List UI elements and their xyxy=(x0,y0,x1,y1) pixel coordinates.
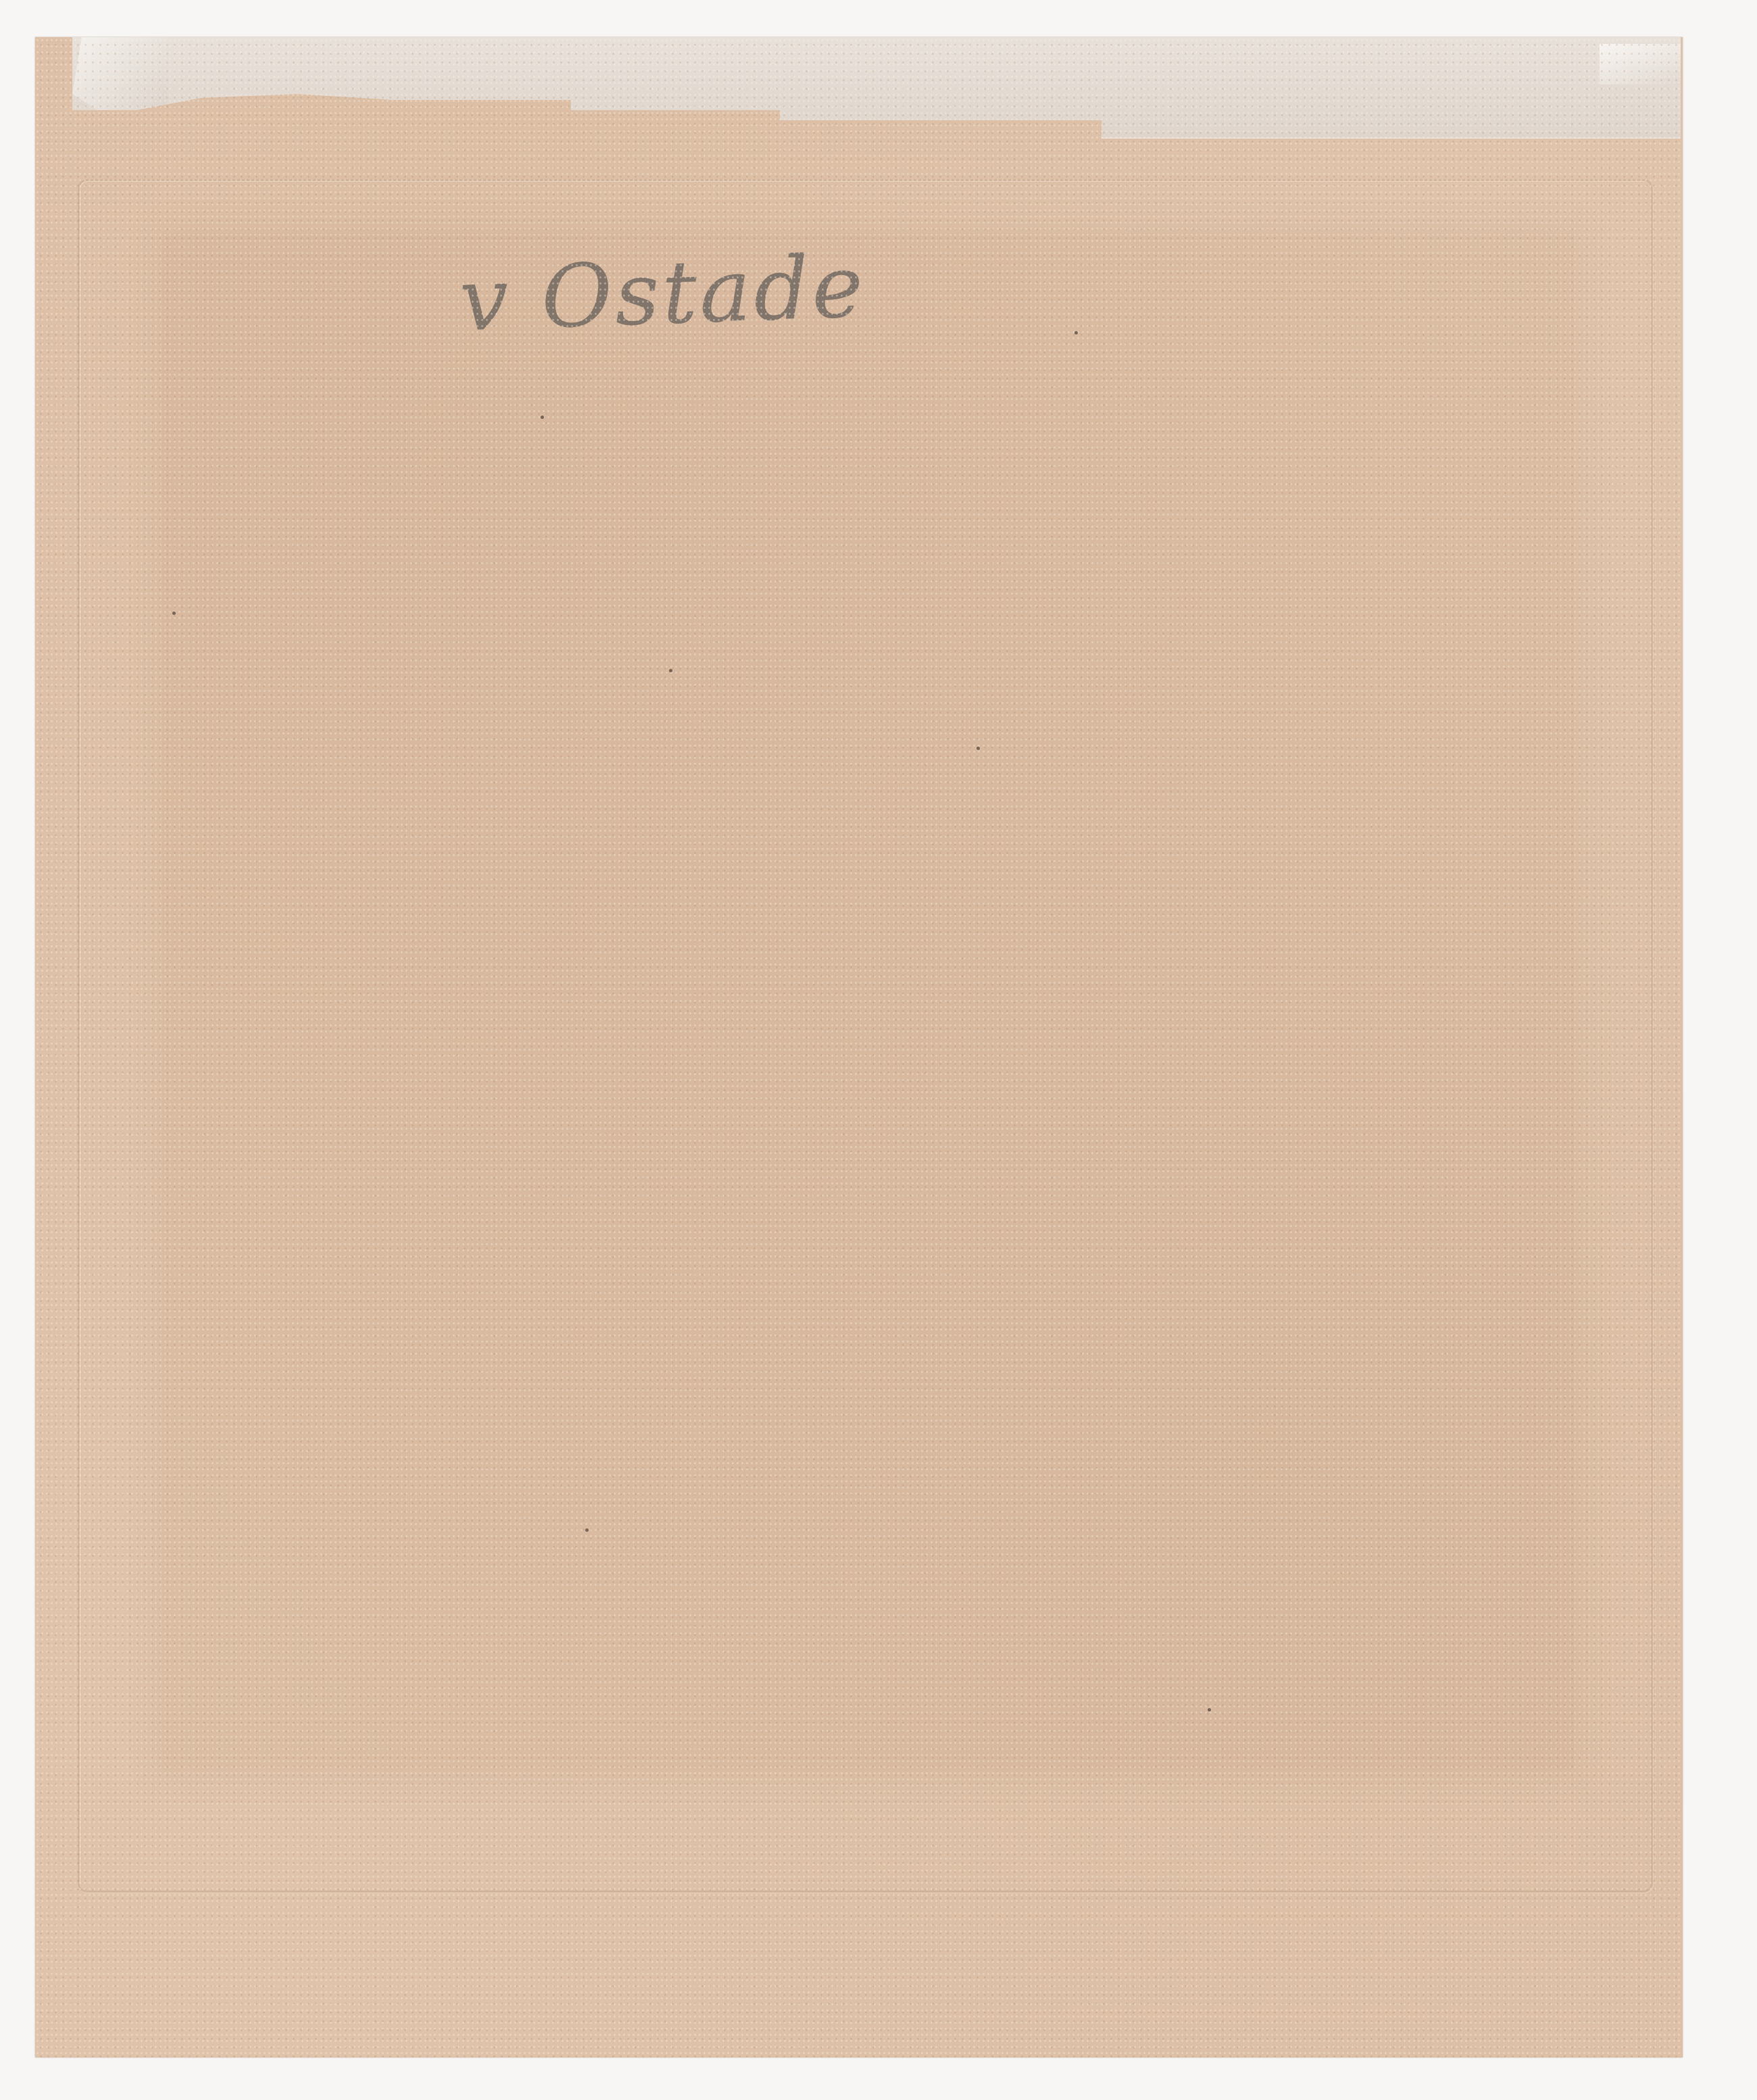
pencil-annotation: v Ostade xyxy=(458,236,868,351)
foxing-speck xyxy=(669,669,672,672)
foxing-speck xyxy=(172,611,176,615)
foxing-speck xyxy=(541,416,544,419)
hinge-tape xyxy=(72,37,1681,139)
platemark xyxy=(78,179,1653,1893)
foxing-speck xyxy=(585,1528,589,1532)
foxing-speck xyxy=(976,747,980,750)
paper-sheet: v Ostade xyxy=(35,37,1683,2057)
foxing-speck xyxy=(1208,1708,1211,1711)
foxing-speck xyxy=(1074,331,1078,334)
